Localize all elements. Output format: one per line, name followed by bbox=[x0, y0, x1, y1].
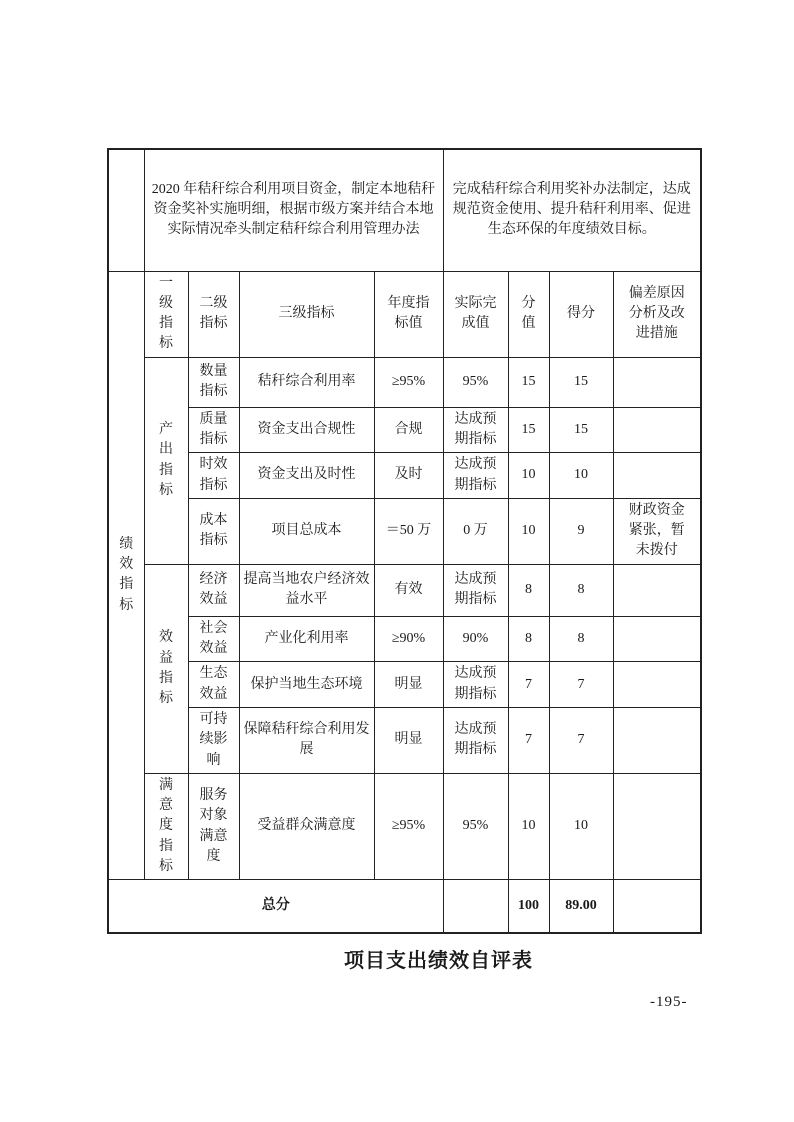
cell-annual: 合规 bbox=[374, 407, 443, 453]
header-score: 分值 bbox=[508, 271, 549, 357]
cell-deviation bbox=[613, 773, 701, 879]
table-row: 满意度指标 服务对象满意度 受益群众满意度 ≥95% 95% 10 10 bbox=[108, 773, 701, 879]
cell-score: 15 bbox=[508, 407, 549, 453]
cell-score: 8 bbox=[508, 564, 549, 616]
document-page: 2020 年秸秆综合利用项目资金，制定本地秸秆资金奖补实施明细，根据市级方案并结… bbox=[0, 0, 794, 1122]
cell-gained: 15 bbox=[549, 407, 613, 453]
cell-level2: 服务对象满意度 bbox=[188, 773, 239, 879]
group-benefit-indicators: 效益指标 bbox=[144, 564, 188, 773]
total-score: 100 bbox=[508, 880, 549, 933]
performance-eval-table: 2020 年秸秆综合利用项目资金，制定本地秸秆资金奖补实施明细，根据市级方案并结… bbox=[107, 148, 702, 934]
total-gained: 89.00 bbox=[549, 880, 613, 933]
cell-level3: 受益群众满意度 bbox=[239, 773, 374, 879]
total-deviation bbox=[613, 880, 701, 933]
cell-level3: 保障秸秆综合利用发展 bbox=[239, 707, 374, 773]
cell-actual: 0 万 bbox=[443, 498, 508, 564]
cell-score: 8 bbox=[508, 616, 549, 662]
cell-actual: 达成预期指标 bbox=[443, 707, 508, 773]
cell-deviation bbox=[613, 616, 701, 662]
header-level1: 一级指标 bbox=[144, 271, 188, 357]
project-fund-description: 2020 年秸秆综合利用项目资金，制定本地秸秆资金奖补实施明细，根据市级方案并结… bbox=[144, 149, 443, 271]
cell-score: 15 bbox=[508, 357, 549, 407]
cell-level3: 产业化利用率 bbox=[239, 616, 374, 662]
cell-gained: 10 bbox=[549, 773, 613, 879]
cell-level2: 社会效益 bbox=[188, 616, 239, 662]
cell-annual: 及时 bbox=[374, 453, 443, 499]
cell-level3: 提高当地农户经济效益水平 bbox=[239, 564, 374, 616]
cell-gained: 7 bbox=[549, 662, 613, 708]
cell-level2: 经济效益 bbox=[188, 564, 239, 616]
table-row: 时效指标 资金支出及时性 及时 达成预期指标 10 10 bbox=[108, 453, 701, 499]
header-deviation: 偏差原因分析及改进措施 bbox=[613, 271, 701, 357]
page-number: -195- bbox=[650, 994, 688, 1011]
cell-actual: 达成预期指标 bbox=[443, 407, 508, 453]
group-output-indicators: 产出指标 bbox=[144, 357, 188, 564]
cell-gained: 7 bbox=[549, 707, 613, 773]
cell-annual: ≥90% bbox=[374, 616, 443, 662]
cell-level2: 成本指标 bbox=[188, 498, 239, 564]
cell-deviation bbox=[613, 564, 701, 616]
cell-level3: 资金支出及时性 bbox=[239, 453, 374, 499]
cell-score: 10 bbox=[508, 453, 549, 499]
cell-level3: 秸秆综合利用率 bbox=[239, 357, 374, 407]
total-actual bbox=[443, 880, 508, 933]
cell-annual: 有效 bbox=[374, 564, 443, 616]
cell-gained: 8 bbox=[549, 616, 613, 662]
cell-actual: 达成预期指标 bbox=[443, 564, 508, 616]
cell-level3: 保护当地生态环境 bbox=[239, 662, 374, 708]
cell-deviation: 财政资金紧张，暂未拨付 bbox=[613, 498, 701, 564]
cell-level3: 资金支出合规性 bbox=[239, 407, 374, 453]
cell-level2: 时效指标 bbox=[188, 453, 239, 499]
table-row: 质量指标 资金支出合规性 合规 达成预期指标 15 15 bbox=[108, 407, 701, 453]
table-row: 生态效益 保护当地生态环境 明显 达成预期指标 7 7 bbox=[108, 662, 701, 708]
table-row: 成本指标 项目总成本 ＝50 万 0 万 10 9 财政资金紧张，暂未拨付 bbox=[108, 498, 701, 564]
cell-gained: 8 bbox=[549, 564, 613, 616]
header-level3: 三级指标 bbox=[239, 271, 374, 357]
cell-deviation bbox=[613, 407, 701, 453]
cell-actual: 达成预期指标 bbox=[443, 662, 508, 708]
cell-level2: 可持续影响 bbox=[188, 707, 239, 773]
cell-score: 7 bbox=[508, 662, 549, 708]
group-satisfaction-indicators: 满意度指标 bbox=[144, 773, 188, 879]
cell-actual: 达成预期指标 bbox=[443, 453, 508, 499]
cell-deviation bbox=[613, 453, 701, 499]
cell-annual: ≥95% bbox=[374, 357, 443, 407]
header-row: 绩效指标 一级指标 二级指标 三级指标 年度指标值 实际完成值 分值 得分 偏差… bbox=[108, 271, 701, 357]
table-row: 效益指标 经济效益 提高当地农户经济效益水平 有效 达成预期指标 8 8 bbox=[108, 564, 701, 616]
cell-level2: 数量指标 bbox=[188, 357, 239, 407]
header-level2: 二级指标 bbox=[188, 271, 239, 357]
annual-goal-description: 完成秸秆综合利用奖补办法制定，达成规范资金使用、提升秸秆利用率、促进生态环保的年… bbox=[443, 149, 701, 271]
cell-actual: 95% bbox=[443, 773, 508, 879]
table-row: 产出指标 数量指标 秸秆综合利用率 ≥95% 95% 15 15 bbox=[108, 357, 701, 407]
header-gained-score: 得分 bbox=[549, 271, 613, 357]
row-group-label-performance: 绩效指标 bbox=[108, 271, 144, 880]
cell-annual: ＝50 万 bbox=[374, 498, 443, 564]
cell-score: 10 bbox=[508, 498, 549, 564]
header-actual-value: 实际完成值 bbox=[443, 271, 508, 357]
cell-annual: 明显 bbox=[374, 662, 443, 708]
cell-deviation bbox=[613, 707, 701, 773]
header-annual-target: 年度指标值 bbox=[374, 271, 443, 357]
total-row: 总分 100 89.00 bbox=[108, 880, 701, 933]
cell-level3: 项目总成本 bbox=[239, 498, 374, 564]
vertical-label: 绩效指标 bbox=[119, 535, 134, 616]
cell-actual: 90% bbox=[443, 616, 508, 662]
cell-deviation bbox=[613, 662, 701, 708]
cell-score: 10 bbox=[508, 773, 549, 879]
table-row: 社会效益 产业化利用率 ≥90% 90% 8 8 bbox=[108, 616, 701, 662]
table-row: 可持续影响 保障秸秆综合利用发展 明显 达成预期指标 7 7 bbox=[108, 707, 701, 773]
cell-score: 7 bbox=[508, 707, 549, 773]
document-title: 项目支出绩效自评表 bbox=[344, 944, 533, 973]
cell-level2: 质量指标 bbox=[188, 407, 239, 453]
cell-annual: ≥95% bbox=[374, 773, 443, 879]
cell-annual: 明显 bbox=[374, 707, 443, 773]
cell-actual: 95% bbox=[443, 357, 508, 407]
cell-gained: 10 bbox=[549, 453, 613, 499]
cell-deviation bbox=[613, 357, 701, 407]
goal-row: 2020 年秸秆综合利用项目资金，制定本地秸秆资金奖补实施明细，根据市级方案并结… bbox=[108, 149, 701, 271]
cell-gained: 9 bbox=[549, 498, 613, 564]
cell-level2: 生态效益 bbox=[188, 662, 239, 708]
cell-gained: 15 bbox=[549, 357, 613, 407]
total-label: 总分 bbox=[108, 880, 443, 933]
empty-corner-cell bbox=[108, 149, 144, 271]
